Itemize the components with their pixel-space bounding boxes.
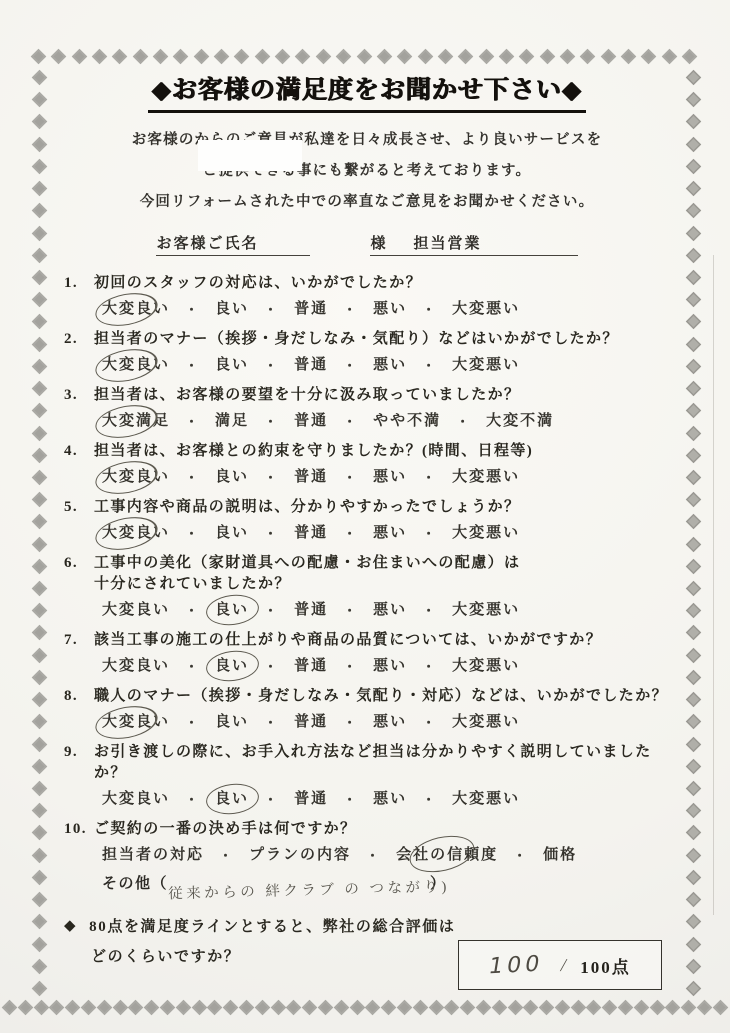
sama-label: 様 [370, 236, 387, 252]
question-number: 8. [64, 686, 94, 707]
question-text: お引き渡しの際に、お手入れ方法など担当は分かりやすく説明していましたか？ [94, 742, 670, 784]
option-label: 悪い [373, 789, 407, 810]
diamond-icon [602, 1000, 618, 1016]
option-label: 大変悪い [452, 600, 520, 621]
option-label: 大変良い [102, 299, 170, 320]
question-heading: 1.初回のスタッフの対応は、いかがでしたか？ [64, 273, 670, 294]
option-label: 良い [215, 656, 249, 677]
diamond-icon [686, 470, 702, 486]
customer-name-field: お客様ご氏名 [156, 232, 310, 256]
answer-circle [93, 400, 161, 442]
options-row: 大変良い・良い・普通・悪い・大変悪い [102, 656, 670, 677]
option-label: 大変良い [102, 712, 170, 733]
diamond-icon [32, 203, 48, 219]
diamond-icon [686, 825, 702, 841]
diamond-icon [686, 759, 702, 775]
diamond-icon [686, 781, 702, 797]
survey-page: ◆お客様の満足度をお聞かせ下さい◆ お客様のからのご意見が私達を日々成長させ、よ… [0, 0, 730, 1033]
score-max-label: 100点 [580, 953, 631, 978]
question-text: 職人のマナー（挨拶・身だしなみ・気配り・対応）などは、いかがでしたか？ [94, 686, 668, 707]
intro-line: ご提供できる事にも繋がると考えております。 [64, 156, 670, 187]
option-separator: ・ [264, 523, 279, 544]
diamond-icon [32, 403, 48, 419]
answer-circle [204, 591, 260, 627]
diamond-icon [112, 1000, 128, 1016]
answer-circle [204, 780, 260, 816]
diamond-icon [32, 381, 48, 397]
diamond-icon [686, 447, 702, 463]
diamond-icon [412, 1000, 428, 1016]
option-label: 良い [215, 523, 249, 544]
diamond-icon [634, 1000, 650, 1016]
option-label: 大変良い [102, 789, 170, 810]
diamond-icon [713, 1000, 729, 1016]
question-text: 該当工事の施工の仕上がりや商品の品質については、いかがですか？ [94, 630, 602, 651]
option-label: 悪い [373, 656, 407, 677]
question-heading: 5.工事内容や商品の説明は、分かりやすかったでしょうか？ [64, 497, 670, 518]
option-label: 普通 [294, 299, 328, 320]
diamond-icon [665, 1000, 681, 1016]
diamond-icon [32, 536, 48, 552]
option-label: 大変良い [102, 523, 170, 544]
diamond-icon [32, 781, 48, 797]
question-heading: 3.担当者は、お客様の要望を十分に汲み取っていましたか？ [64, 385, 670, 406]
diamond-icon [239, 1000, 255, 1016]
question-number: 4. [64, 441, 94, 462]
footer-line1: 80点を満足度ラインとすると、弊社の総合評価は [89, 915, 455, 936]
diamond-icon [686, 247, 702, 263]
option-separator: ・ [264, 789, 279, 810]
diamond-icon [686, 425, 702, 441]
option-separator: ・ [422, 712, 437, 733]
diamond-icon [686, 381, 702, 397]
other-answer-row: その他（従来からの 絆クラブ の つながり)） [102, 872, 670, 893]
option-separator: ・ [264, 299, 279, 320]
diamond-icon [32, 625, 48, 641]
option-label: 悪い [373, 712, 407, 733]
diamond-icon [686, 536, 702, 552]
question-text: 初回のスタッフの対応は、いかがでしたか？ [94, 273, 422, 294]
diamond-icon [302, 1000, 318, 1016]
diamond-icon [686, 114, 702, 130]
question-number: 1. [64, 273, 94, 294]
option-label: 良い [215, 789, 249, 810]
options-row: 大変良い・良い・普通・悪い・大変悪い [102, 299, 670, 320]
diamond-icon [476, 1000, 492, 1016]
diamond-icon [32, 92, 48, 108]
answer-circle [204, 647, 260, 683]
diamond-icon [686, 670, 702, 686]
diamond-icon [397, 1000, 413, 1016]
diamond-icon [32, 914, 48, 930]
diamond-icon [31, 49, 47, 65]
question-block: 8.職人のマナー（挨拶・身だしなみ・気配り・対応）などは、いかがでしたか？大変良… [64, 686, 670, 733]
options-row: 大変満足・満足・普通・やや不満・大変不満 [102, 411, 670, 432]
option-label: 普通 [294, 523, 328, 544]
question-text: 工事中の美化（家財道具への配慮・お住まいへの配慮）は [94, 553, 520, 574]
diamond-icon [686, 181, 702, 197]
option-label: 大変良い [102, 467, 170, 488]
diamond-icon [686, 892, 702, 908]
option-separator: ・ [343, 299, 358, 320]
diamond-icon [333, 1000, 349, 1016]
option-separator: ・ [343, 600, 358, 621]
diamond-icon [686, 92, 702, 108]
intro-line: お客様のからのご意見が私達を日々成長させ、より良いサービスを [64, 125, 670, 156]
diamond-icon [207, 1000, 223, 1016]
diamond-icon [32, 825, 48, 841]
answer-circle [93, 701, 161, 743]
diamond-icon [2, 1000, 18, 1016]
question-text: 担当者は、お客様の要望を十分に汲み取っていましたか？ [94, 385, 520, 406]
diamond-icon [349, 1000, 365, 1016]
diamond-icon [32, 514, 48, 530]
option-label: 大変悪い [452, 789, 520, 810]
options-row: 担当者の対応・プランの内容・会社の信頼度・価格 [102, 845, 670, 866]
diamond-icon [32, 981, 48, 997]
diamond-icon [32, 425, 48, 441]
option-label: 良い [215, 355, 249, 376]
option-separator: ・ [422, 355, 437, 376]
option-separator: ・ [264, 411, 279, 432]
option-label: 会社の信頼度 [396, 845, 498, 866]
diamond-icon [686, 70, 702, 86]
question-heading: 10.ご契約の一番の決め手は何ですか？ [64, 819, 670, 840]
diamond-icon [686, 314, 702, 330]
diamond-icon [686, 559, 702, 575]
question-number: 7. [64, 630, 94, 651]
option-separator: ・ [185, 467, 200, 488]
option-separator: ・ [219, 845, 234, 866]
diamond-icon [686, 981, 702, 997]
diamond-icon [175, 1000, 191, 1016]
diamond-icon [254, 1000, 270, 1016]
question-number: 5. [64, 497, 94, 518]
question-block: 10.ご契約の一番の決め手は何ですか？担当者の対応・プランの内容・会社の信頼度・… [64, 819, 670, 893]
diamond-icon [686, 736, 702, 752]
question-block: 7.該当工事の施工の仕上がりや商品の品質については、いかがですか？大変良い・良い… [64, 630, 670, 677]
option-separator: ・ [185, 789, 200, 810]
option-label: 大変不満 [486, 411, 554, 432]
diamond-icon [686, 870, 702, 886]
option-label: 大変良い [102, 355, 170, 376]
diamond-icon [32, 581, 48, 597]
diamond-icon [381, 1000, 397, 1016]
diamond-bullet-icon: ◆ [64, 916, 77, 935]
diamond-icon [686, 714, 702, 730]
diamond-icon [686, 292, 702, 308]
question-block: 9.お引き渡しの際に、お手入れ方法など担当は分かりやすく説明していましたか？大変… [64, 742, 670, 810]
option-label: 大変満足 [102, 411, 170, 432]
option-label: 大変悪い [452, 467, 520, 488]
option-separator: ・ [185, 299, 200, 320]
option-label: 普通 [294, 656, 328, 677]
sales-staff-label: 担当営業 [414, 236, 482, 252]
option-separator: ・ [185, 523, 200, 544]
question-block: 3.担当者は、お客様の要望を十分に汲み取っていましたか？大変満足・満足・普通・や… [64, 385, 670, 432]
diamond-icon [32, 670, 48, 686]
option-label: 大変良い [102, 656, 170, 677]
diamond-icon [160, 1000, 176, 1016]
diamond-icon [32, 759, 48, 775]
option-separator: ・ [343, 523, 358, 544]
diamond-icon [223, 1000, 239, 1016]
diamond-icon [686, 603, 702, 619]
diamond-icon [32, 447, 48, 463]
diamond-icon [539, 1000, 555, 1016]
diamond-icon [32, 225, 48, 241]
diamond-icon [686, 136, 702, 152]
options-row: 大変良い・良い・普通・悪い・大変悪い [102, 523, 670, 544]
diamond-icon [570, 1000, 586, 1016]
option-label: 大変悪い [452, 523, 520, 544]
option-separator: ・ [185, 411, 200, 432]
diamond-icon [32, 136, 48, 152]
diamond-icon [686, 581, 702, 597]
option-label: 良い [215, 712, 249, 733]
option-separator: ・ [343, 467, 358, 488]
diamond-icon [523, 1000, 539, 1016]
question-number: 10. [64, 819, 94, 840]
option-separator: ・ [422, 523, 437, 544]
option-separator: ・ [343, 411, 358, 432]
diamond-icon [649, 1000, 665, 1016]
diamond-icon [686, 403, 702, 419]
question-heading: 2.担当者のマナー（挨拶・身だしなみ・気配り）などはいかがでしたか？ [64, 329, 670, 350]
option-label: 大変悪い [452, 712, 520, 733]
diamond-icon [681, 1000, 697, 1016]
diamond-icon [686, 847, 702, 863]
option-label: 普通 [294, 467, 328, 488]
option-label: 良い [215, 299, 249, 320]
diamond-icon [32, 492, 48, 508]
diamond-border-left [34, 72, 45, 994]
question-block: 5.工事内容や商品の説明は、分かりやすかったでしょうか？大変良い・良い・普通・悪… [64, 497, 670, 544]
diamond-icon [97, 1000, 113, 1016]
answer-circle [93, 456, 161, 498]
diamond-icon [586, 1000, 602, 1016]
option-separator: ・ [343, 712, 358, 733]
option-label: 悪い [373, 355, 407, 376]
footer-line1-row: ◆ 80点を満足度ラインとすると、弊社の総合評価は [64, 915, 670, 936]
option-label: やや不満 [373, 411, 441, 432]
diamond-icon [32, 336, 48, 352]
question-text: ご契約の一番の決め手は何ですか？ [94, 819, 356, 840]
diamond-icon [32, 803, 48, 819]
options-row: 大変良い・良い・普通・悪い・大変悪い [102, 467, 670, 488]
diamond-icon [32, 314, 48, 330]
diamond-icon [686, 359, 702, 375]
option-separator: ・ [422, 656, 437, 677]
question-number: 6. [64, 553, 94, 574]
diamond-icon [32, 181, 48, 197]
customer-name-label: お客様ご氏名 [156, 236, 258, 252]
diamond-icon [682, 49, 698, 65]
option-label: 担当者の対応 [102, 845, 204, 866]
options-row: 大変良い・良い・普通・悪い・大変悪い [102, 789, 670, 810]
question-block: 4.担当者は、お客様との約束を守りましたか？(時間、日程等)大変良い・良い・普通… [64, 441, 670, 488]
option-separator: ・ [366, 845, 381, 866]
question-text: 工事内容や商品の説明は、分かりやすかったでしょうか？ [94, 497, 520, 518]
option-separator: ・ [264, 600, 279, 621]
diamond-icon [686, 958, 702, 974]
diamond-icon [686, 692, 702, 708]
diamond-icon [32, 603, 48, 619]
diamond-icon [32, 936, 48, 952]
option-label: 満足 [215, 411, 249, 432]
diamond-icon [686, 225, 702, 241]
sales-staff-field: 様担当営業 [370, 232, 577, 256]
question-heading: 6.工事中の美化（家財道具への配慮・お住まいへの配慮）は [64, 553, 670, 574]
intro-text: お客様のからのご意見が私達を日々成長させ、より良いサービスをご提供できる事にも繋… [64, 125, 670, 219]
diamond-icon [318, 1000, 334, 1016]
diamond-border-top [33, 51, 695, 62]
questions-list: 1.初回のスタッフの対応は、いかがでしたか？大変良い・良い・普通・悪い・大変悪い… [64, 273, 670, 893]
option-separator: ・ [185, 355, 200, 376]
score-separator: / [559, 955, 568, 976]
option-label: 大変良い [102, 600, 170, 621]
diamond-icon [428, 1000, 444, 1016]
score-box: 100 / 100点 [458, 940, 662, 990]
option-label: 普通 [294, 411, 328, 432]
question-number: 2. [64, 329, 94, 350]
diamond-icon [686, 336, 702, 352]
option-label: 普通 [294, 789, 328, 810]
diamond-icon [18, 1000, 34, 1016]
option-label: 普通 [294, 712, 328, 733]
option-label: 大変悪い [452, 299, 520, 320]
diamond-icon [32, 270, 48, 286]
diamond-icon [32, 870, 48, 886]
option-separator: ・ [185, 712, 200, 733]
diamond-icon [286, 1000, 302, 1016]
question-text: 担当者は、お客様との約束を守りましたか？(時間、日程等) [94, 441, 533, 462]
option-label: 大変悪い [452, 656, 520, 677]
diamond-icon [460, 1000, 476, 1016]
diamond-icon [507, 1000, 523, 1016]
option-separator: ・ [456, 411, 471, 432]
option-separator: ・ [264, 467, 279, 488]
form-content: ◆お客様の満足度をお聞かせ下さい◆ お客様のからのご意見が私達を日々成長させ、よ… [64, 62, 670, 966]
option-separator: ・ [185, 600, 200, 621]
diamond-icon [32, 470, 48, 486]
option-separator: ・ [422, 600, 437, 621]
option-separator: ・ [343, 789, 358, 810]
diamond-icon [81, 1000, 97, 1016]
option-label: 良い [215, 600, 249, 621]
question-number: 3. [64, 385, 94, 406]
option-label: 普通 [294, 355, 328, 376]
option-separator: ・ [185, 656, 200, 677]
option-label: 悪い [373, 299, 407, 320]
option-label: 悪い [373, 600, 407, 621]
diamond-icon [686, 647, 702, 663]
diamond-icon [686, 803, 702, 819]
diamond-border-bottom [4, 1002, 726, 1013]
diamond-icon [33, 1000, 49, 1016]
diamond-icon [686, 625, 702, 641]
diamond-icon [128, 1000, 144, 1016]
diamond-icon [32, 692, 48, 708]
option-label: 大変悪い [452, 355, 520, 376]
diamond-icon [32, 736, 48, 752]
answer-circle [93, 288, 161, 330]
diamond-icon [686, 936, 702, 952]
options-row: 大変良い・良い・普通・悪い・大変悪い [102, 600, 670, 621]
question-heading: 4.担当者は、お客様との約束を守りましたか？(時間、日程等) [64, 441, 670, 462]
option-separator: ・ [343, 355, 358, 376]
question-block: 6.工事中の美化（家財道具への配慮・お住まいへの配慮）は十分にされていましたか？… [64, 553, 670, 621]
diamond-icon [491, 1000, 507, 1016]
intro-line: 今回リフォームされた中での率直なご意見をお聞かせください。 [64, 187, 670, 218]
option-separator: ・ [264, 656, 279, 677]
options-row: 大変良い・良い・普通・悪い・大変悪い [102, 712, 670, 733]
diamond-icon [555, 1000, 571, 1016]
diamond-icon [32, 647, 48, 663]
diamond-icon [618, 1000, 634, 1016]
diamond-icon [686, 914, 702, 930]
diamond-icon [144, 1000, 160, 1016]
scan-artifact-line [713, 255, 714, 915]
diamond-icon [32, 114, 48, 130]
option-separator: ・ [343, 656, 358, 677]
name-redaction-box [198, 140, 302, 171]
diamond-icon [270, 1000, 286, 1016]
option-separator: ・ [422, 467, 437, 488]
option-separator: ・ [422, 299, 437, 320]
question-heading: 8.職人のマナー（挨拶・身だしなみ・気配り・対応）などは、いかがでしたか？ [64, 686, 670, 707]
handwritten-other-text: 従来からの 絆クラブ の つながり) [168, 875, 430, 903]
diamond-icon [686, 270, 702, 286]
option-label: プランの内容 [249, 845, 351, 866]
page-title: ◆お客様の満足度をお聞かせ下さい◆ [148, 70, 586, 113]
diamond-icon [191, 1000, 207, 1016]
diamond-icon [365, 1000, 381, 1016]
diamond-icon [686, 492, 702, 508]
title-wrap: ◆お客様の満足度をお聞かせ下さい◆ [64, 70, 670, 113]
option-label: 普通 [294, 600, 328, 621]
diamond-icon [32, 292, 48, 308]
answer-circle [93, 512, 161, 554]
question-text: 担当者のマナー（挨拶・身だしなみ・気配り）などはいかがでしたか？ [94, 329, 619, 350]
option-label: 良い [215, 467, 249, 488]
option-separator: ・ [264, 355, 279, 376]
option-separator: ・ [422, 789, 437, 810]
options-row: 大変良い・良い・普通・悪い・大変悪い [102, 355, 670, 376]
answer-circle [93, 344, 161, 386]
diamond-icon [49, 1000, 65, 1016]
diamond-icon [32, 159, 48, 175]
diamond-icon [32, 559, 48, 575]
diamond-icon [32, 714, 48, 730]
question-number: 9. [64, 742, 94, 784]
diamond-icon [697, 1000, 713, 1016]
diamond-icon [686, 514, 702, 530]
diamond-icon [65, 1000, 81, 1016]
diamond-icon [686, 203, 702, 219]
handwritten-score-value: 100 [487, 951, 546, 979]
question-block: 1.初回のスタッフの対応は、いかがでしたか？大変良い・良い・普通・悪い・大変悪い [64, 273, 670, 320]
question-heading: 9.お引き渡しの際に、お手入れ方法など担当は分かりやすく説明していましたか？ [64, 742, 670, 784]
diamond-icon [32, 847, 48, 863]
other-label: その他（ [102, 872, 168, 893]
question-text-line2: 十分にされていましたか？ [94, 574, 670, 595]
diamond-icon [32, 247, 48, 263]
question-block: 2.担当者のマナー（挨拶・身だしなみ・気配り）などはいかがでしたか？大変良い・良… [64, 329, 670, 376]
diamond-icon [32, 958, 48, 974]
option-separator: ・ [513, 845, 528, 866]
name-fields-row: お客様ご氏名 様担当営業 [64, 232, 670, 256]
